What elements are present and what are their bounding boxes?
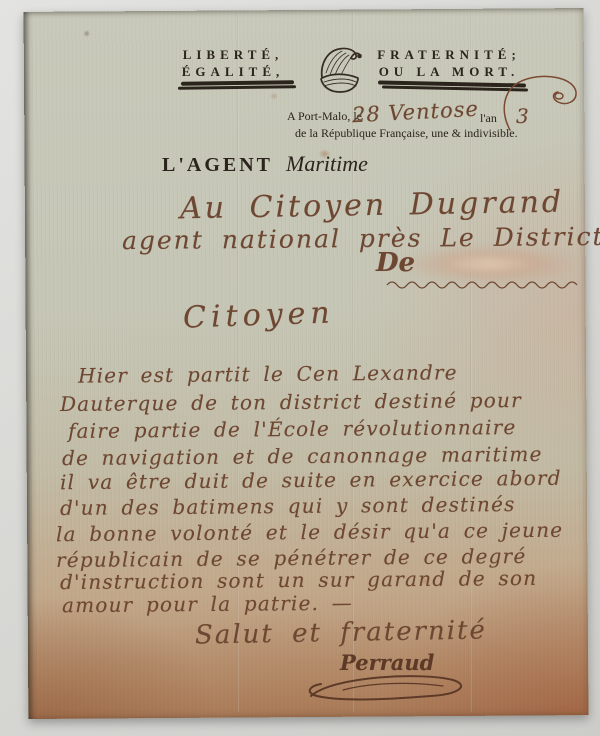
body-line: Hier est partit le Cen Lexandre xyxy=(78,360,458,387)
body-line: la bonne volonté et le désir qu'a ce jeu… xyxy=(56,518,563,546)
sender-title-script: Maritime xyxy=(286,151,368,176)
body-line: faire partie de l'École révolutionnaire xyxy=(68,415,517,443)
body-line: d'instruction sont un sur garand de son xyxy=(60,566,537,594)
handwritten-year: 3 xyxy=(516,104,529,128)
dateline-line2: de la République Française, une & indivi… xyxy=(295,126,518,141)
body-line: il va être duit de suite en exercice abo… xyxy=(60,466,562,494)
body-line: amour pour la patrie. — xyxy=(62,591,353,618)
motto-left-line2: ÉGALITÉ, xyxy=(168,63,298,80)
body-line: Dauterque de ton district destiné pour xyxy=(60,388,522,416)
motto-left: LIBERTÉ, ÉGALITÉ, xyxy=(168,46,298,80)
phrygian-cap-icon xyxy=(316,45,364,95)
year-flourish xyxy=(498,72,586,134)
motto-left-line1: LIBERTÉ, xyxy=(168,46,298,63)
sender-title: L'AGENT Maritime xyxy=(162,151,368,177)
salutation: Citoyen xyxy=(182,295,335,335)
dateline-prefix: A Port-Malo, le xyxy=(287,109,362,124)
photo-of-letter: LIBERTÉ, ÉGALITÉ, FRATERNITÉ; OU LA MORT… xyxy=(0,0,600,736)
address-line1: Au Citoyen Dugrand xyxy=(180,185,565,227)
signature-paraph xyxy=(303,670,473,706)
dateline-suffix: l'an xyxy=(480,111,497,126)
motto-right-line1: FRATERNITÉ; xyxy=(374,46,524,63)
sender-title-caps: L'AGENT xyxy=(162,154,273,176)
address-line3-prefix: De xyxy=(376,248,415,278)
body-line: d'un des batimens qui y sont destinés xyxy=(60,492,516,520)
closing: Salut et fraternité xyxy=(195,615,487,650)
wavy-line xyxy=(385,276,585,292)
